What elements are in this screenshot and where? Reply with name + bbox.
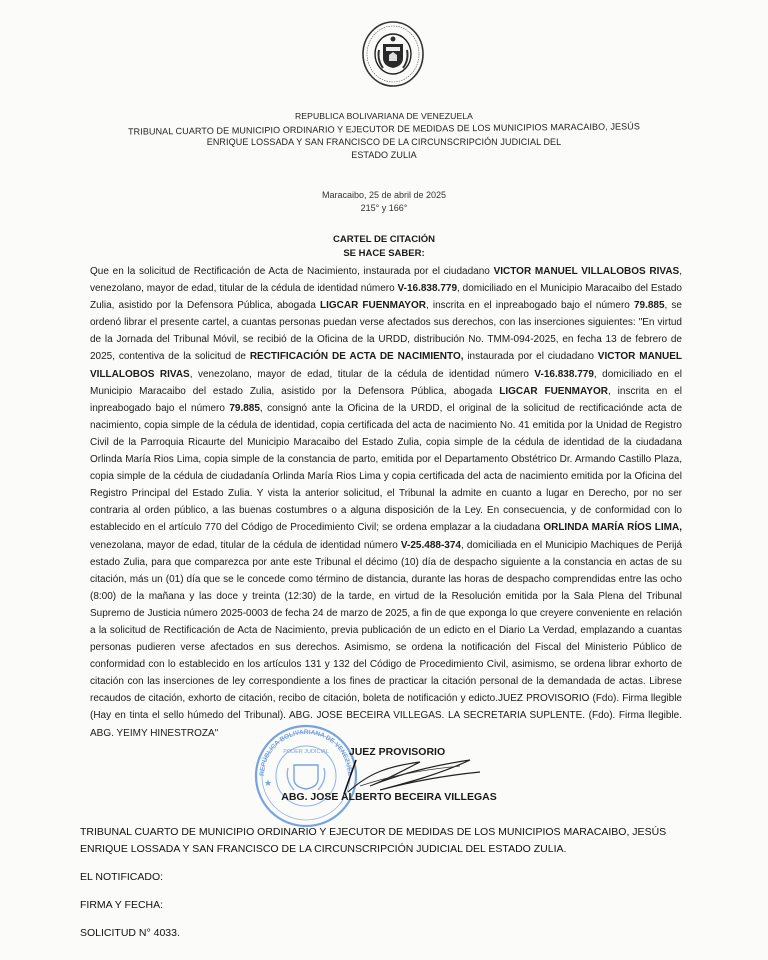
- body-emphasis: 79.885: [634, 300, 665, 311]
- sign-date-field-label: FIRMA Y FECHA:: [80, 897, 700, 914]
- body-paragraph: Que en la solicitud de Rectificación de …: [90, 263, 682, 742]
- notified-field-label: EL NOTIFICADO:: [80, 869, 700, 886]
- notification-footer: TRIBUNAL CUARTO DE MUNICIPIO ORDINARIO Y…: [80, 824, 700, 942]
- svg-text:★: ★: [264, 778, 272, 788]
- body-emphasis: 79.885: [229, 403, 260, 414]
- body-text: venezolana, mayor de edad, titular de la…: [90, 540, 401, 551]
- signatory-name: ABG. JOSE ALBERTO BECEIRA VILLEGAS: [0, 791, 768, 803]
- document-title: CARTEL DE CITACIÓN SE HACE SABER:: [0, 233, 768, 261]
- request-number: SOLICITUD N° 4033.: [80, 925, 700, 942]
- body-emphasis: V-25.488-374: [401, 540, 461, 551]
- footer-court-name: TRIBUNAL CUARTO DE MUNICIPIO ORDINARIO Y…: [80, 824, 700, 858]
- body-text: instaurada por el ciudadano: [464, 351, 598, 362]
- body-text: Que en la solicitud de Rectificación de …: [90, 266, 494, 277]
- body-emphasis: VICTOR MANUEL VILLALOBOS RIVAS: [494, 266, 680, 277]
- body-emphasis: V-16.838.779: [534, 369, 594, 380]
- date-block: Maracaibo, 25 de abril de 2025 215° y 16…: [0, 189, 768, 215]
- body-emphasis: LIGCAR FUENMAYOR: [320, 300, 426, 311]
- court-seal-logo: [361, 20, 425, 88]
- document-header: REPUBLICA BOLIVARIANA DE VENEZUELA TRIBU…: [60, 110, 708, 162]
- body-emphasis: ORLINDA MARÍA RÍOS LIMA,: [543, 522, 682, 533]
- body-emphasis: RECTIFICACIÓN DE ACTA DE NACIMIENTO,: [250, 351, 464, 362]
- body-emphasis: LIGCAR FUENMAYOR: [499, 386, 608, 397]
- place-date: Maracaibo, 25 de abril de 2025: [0, 189, 768, 202]
- body-text: , venezolano, mayor de edad, titular de …: [190, 369, 535, 380]
- body-text: , inscrita en el inpreabogado bajo el nú…: [426, 300, 634, 311]
- title-sub: SE HACE SABER:: [0, 247, 768, 261]
- body-text: , domiciliada en el Municipio Machiques …: [90, 540, 682, 739]
- body-text: , consignó ante la Oficina de la URDD, e…: [90, 403, 682, 534]
- body-emphasis: V-16.838.779: [398, 283, 458, 294]
- title-main: CARTEL DE CITACIÓN: [0, 233, 768, 247]
- coat-of-arms-icon: [361, 20, 425, 88]
- header-state: ESTADO ZULIA: [60, 149, 708, 162]
- years-notation: 215° y 166°: [0, 202, 768, 215]
